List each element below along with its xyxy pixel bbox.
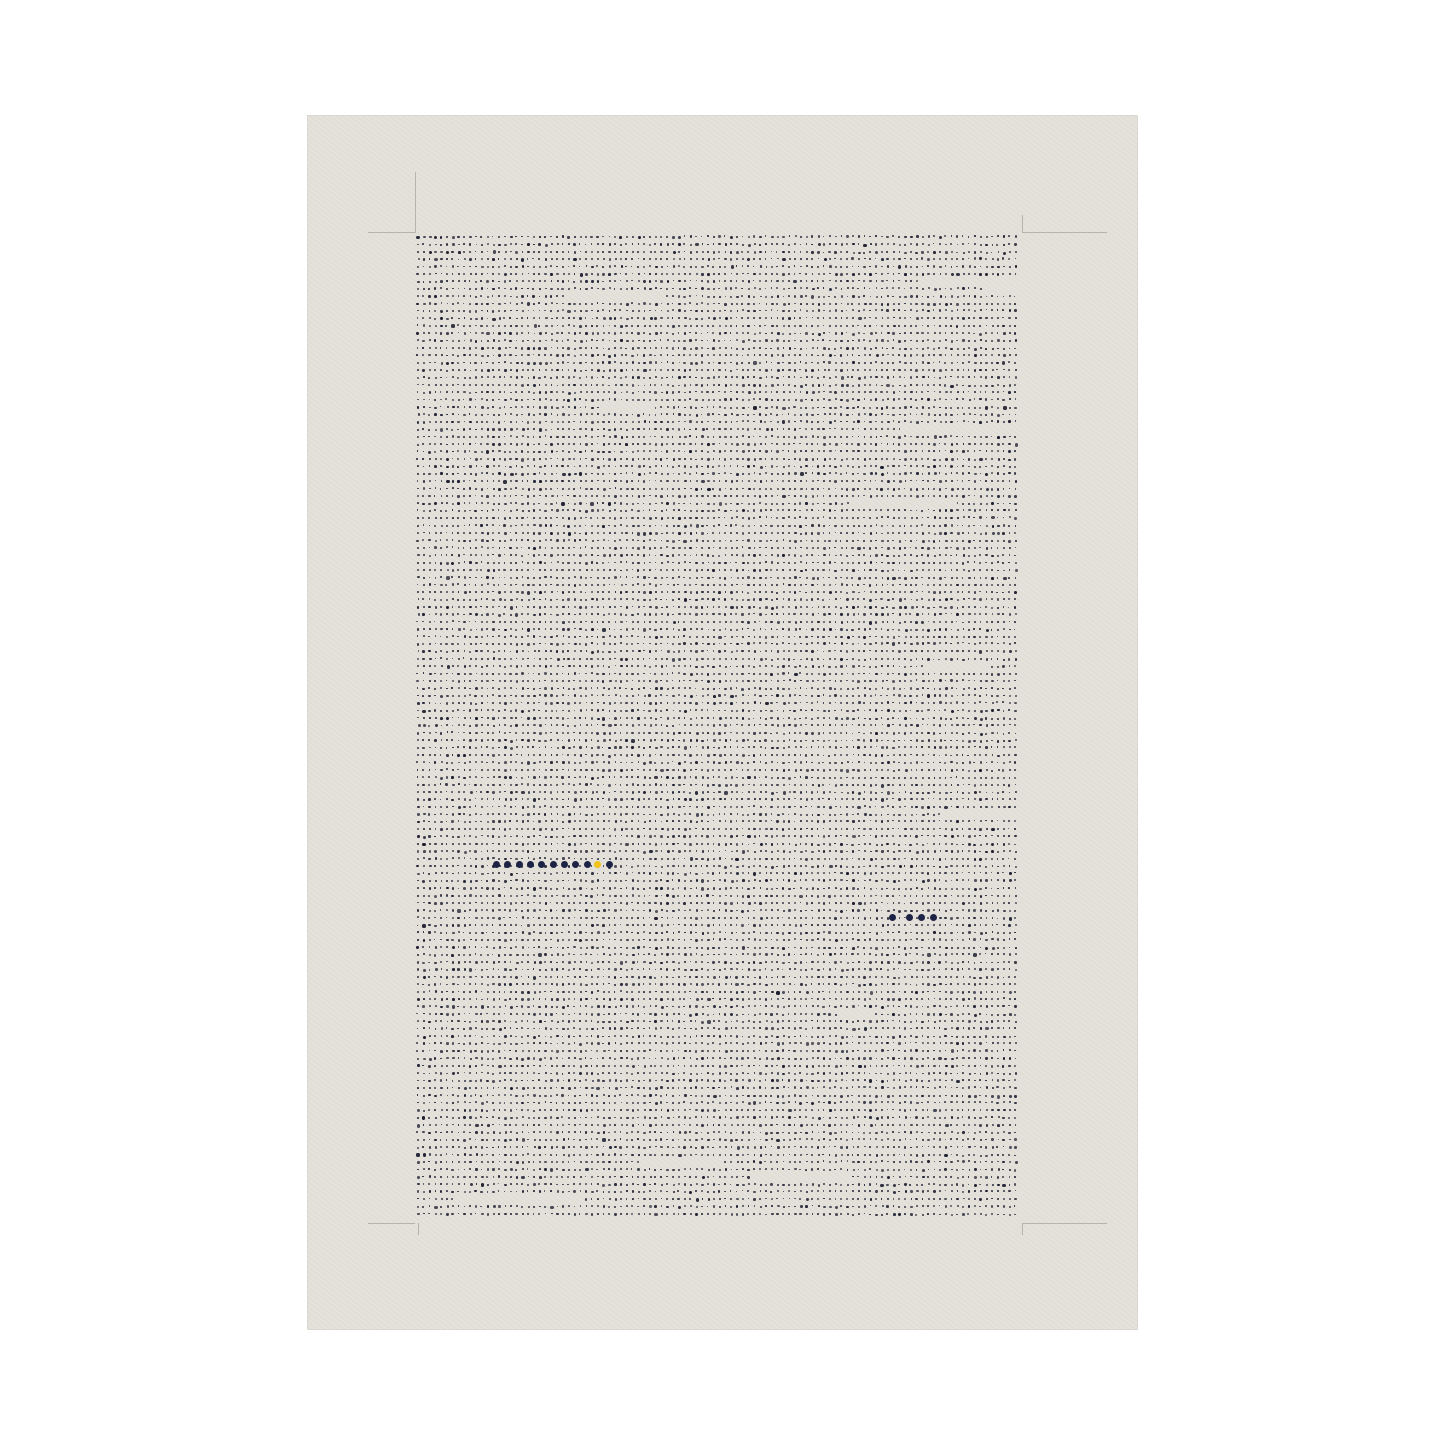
navy-dot bbox=[493, 861, 500, 868]
navy-dot bbox=[561, 861, 568, 868]
dot-field bbox=[415, 233, 1022, 1223]
guide-line-top-left-h bbox=[368, 232, 415, 233]
navy-dot bbox=[538, 861, 545, 868]
navy-dot bbox=[606, 861, 613, 868]
navy-dot bbox=[918, 914, 925, 921]
guide-line-bottom-right-v bbox=[1022, 1223, 1023, 1235]
guide-line-bottom-left-v bbox=[418, 1223, 419, 1235]
guide-line-bottom-left-h bbox=[368, 1223, 415, 1224]
navy-dot bbox=[572, 861, 579, 868]
navy-dot bbox=[516, 861, 523, 868]
guide-line-top-right-h bbox=[1022, 232, 1107, 233]
navy-dot bbox=[584, 861, 591, 868]
navy-dot bbox=[906, 914, 913, 921]
navy-dot bbox=[527, 861, 534, 868]
navy-dot bbox=[889, 914, 896, 921]
yellow-dot bbox=[594, 861, 601, 868]
guide-line-top-left-v bbox=[415, 172, 416, 233]
navy-dot bbox=[504, 861, 511, 868]
guide-line-bottom-right-h bbox=[1022, 1223, 1107, 1224]
navy-dot bbox=[930, 914, 937, 921]
navy-dot bbox=[550, 861, 557, 868]
guide-line-top-right-v bbox=[1022, 215, 1023, 233]
